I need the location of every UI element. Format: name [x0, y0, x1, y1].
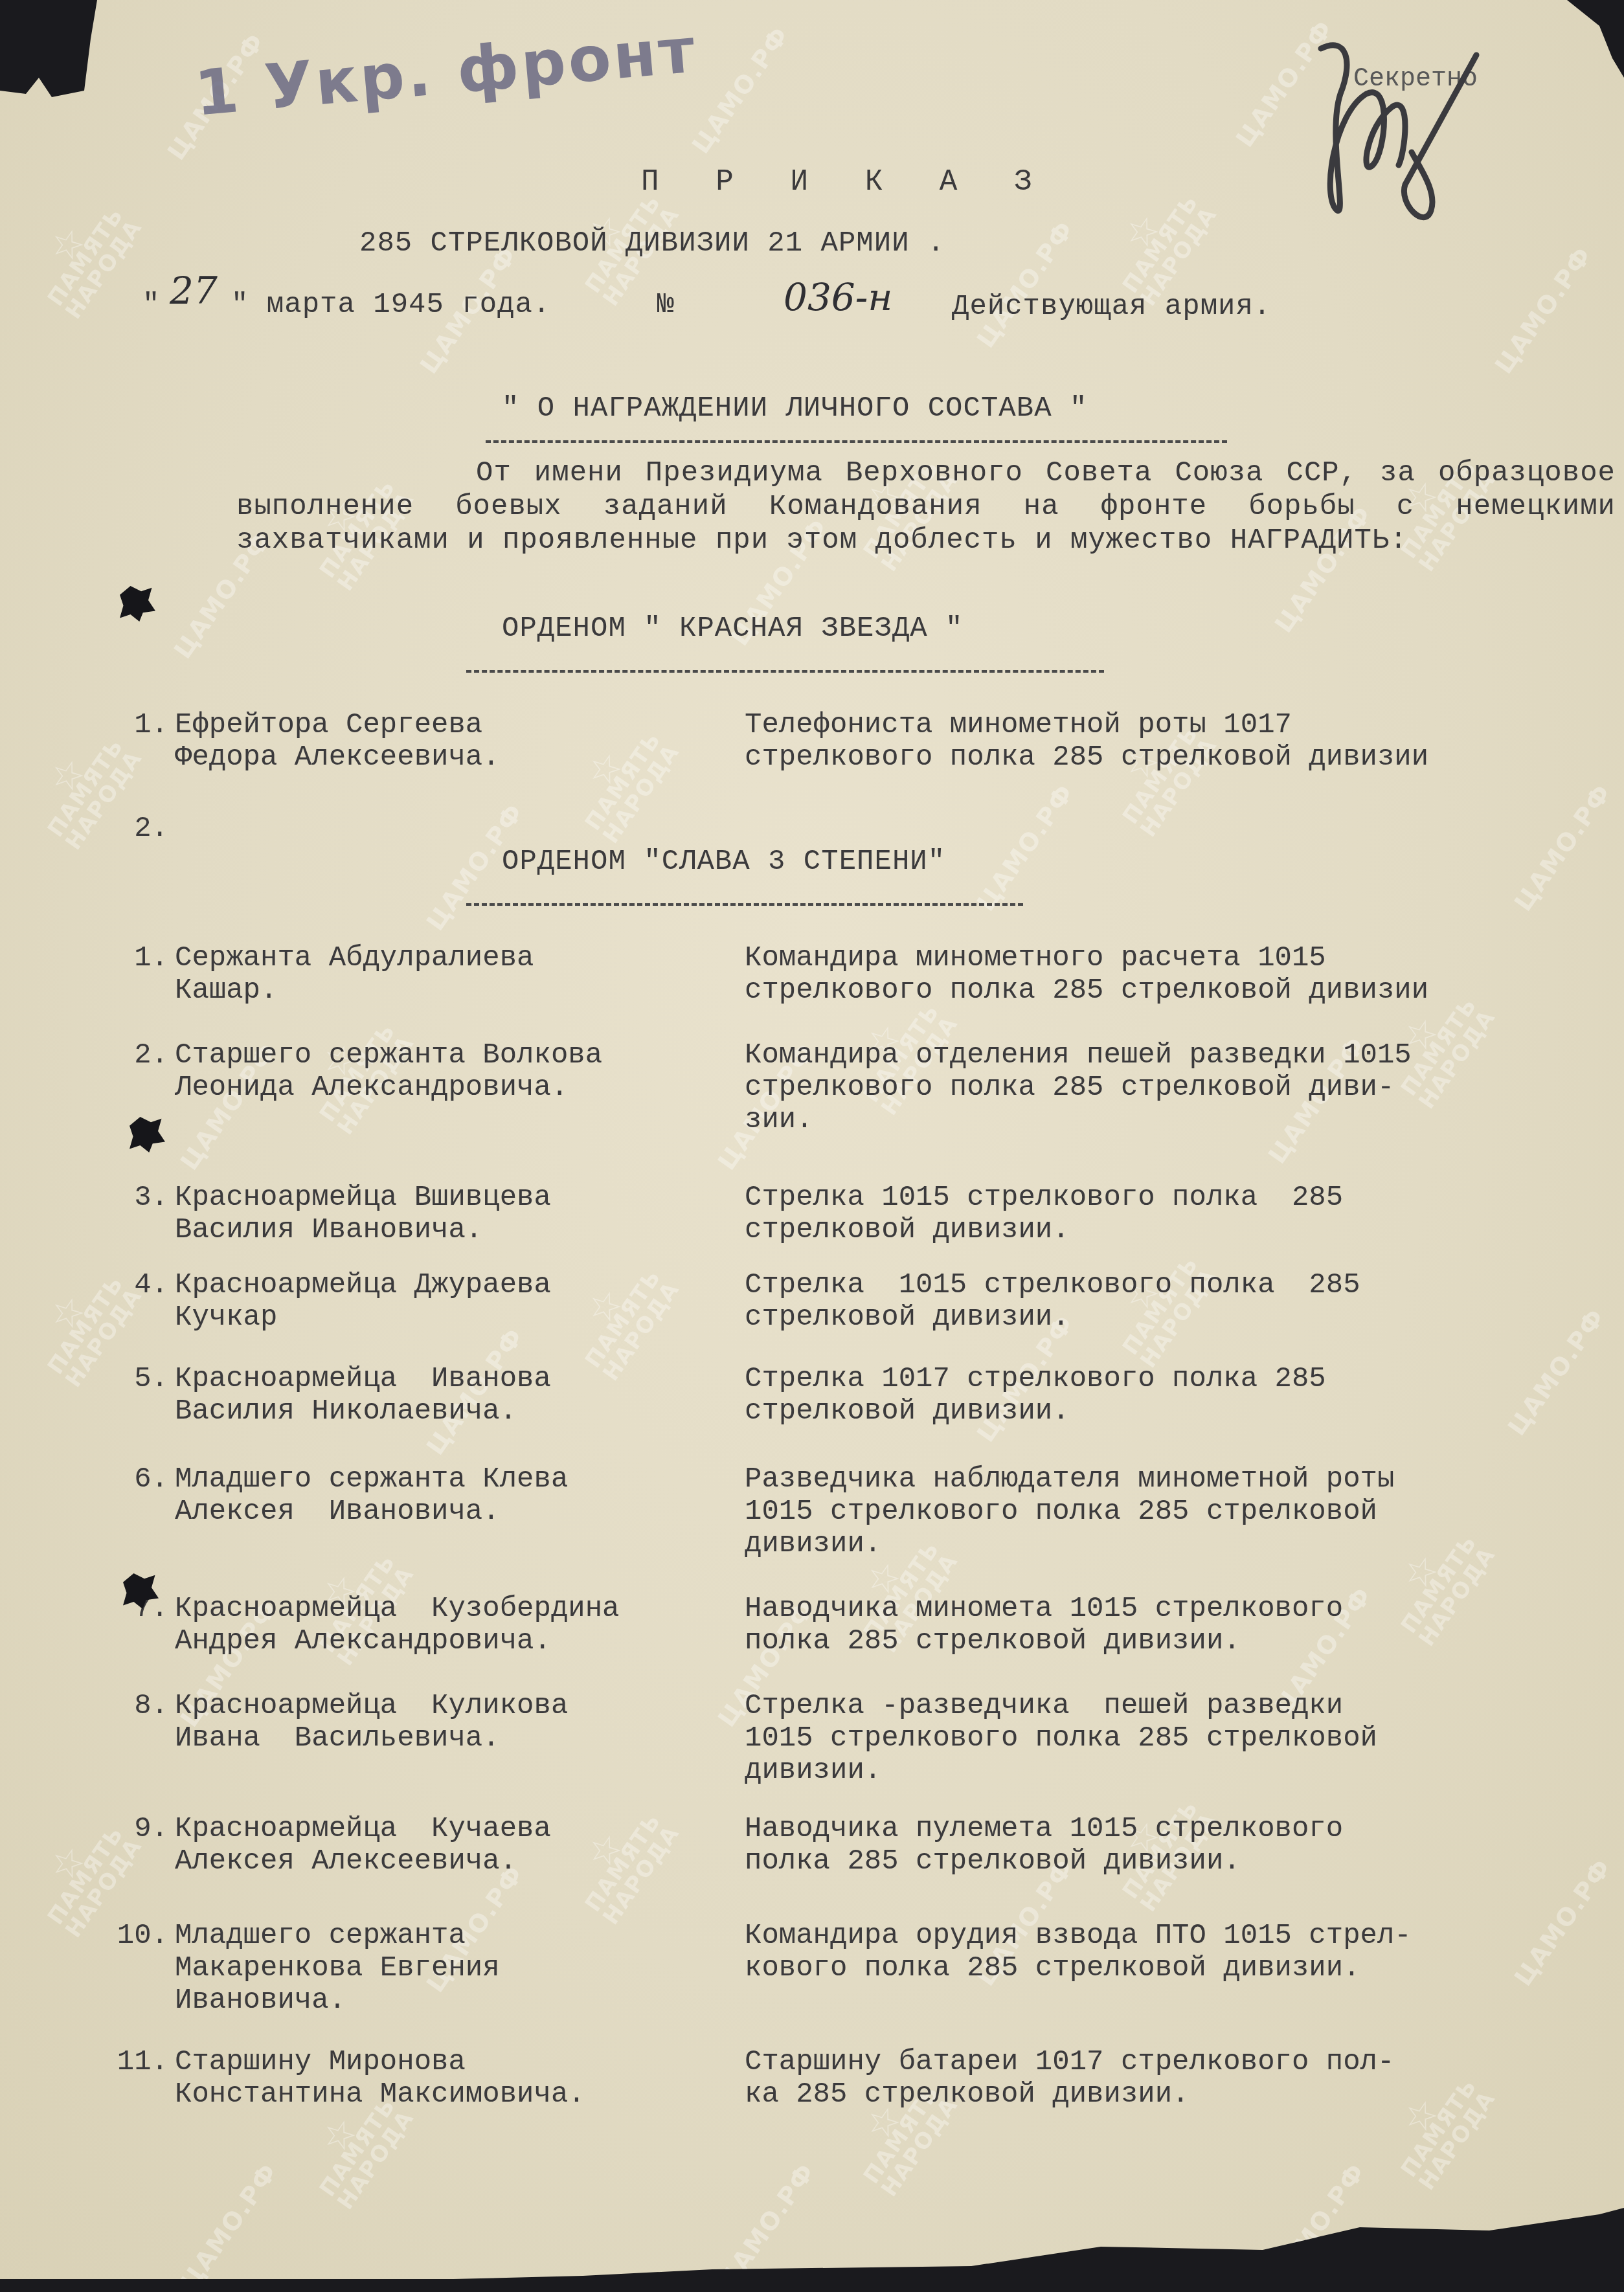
- order-no-label: №: [657, 289, 675, 321]
- item-number: 4.: [110, 1269, 168, 1301]
- section-underline: [466, 670, 1104, 675]
- archive-watermark: ЦАМО.РФ: [1509, 779, 1617, 917]
- order-number-handwritten: 036-н: [784, 275, 893, 319]
- item-number: 10.: [110, 1920, 168, 1952]
- item-number: 3.: [110, 1182, 168, 1214]
- document-page: ЦАМО.РФЦАМО.РФЦАМО.РФЦАМО.РФЦАМО.РФЦАМО.…: [0, 0, 1624, 2292]
- item-number: 2.: [110, 813, 168, 845]
- recipient-name: Красноармейца Кузобердина Андрея Алексан…: [175, 1593, 732, 1657]
- star-icon: ☆: [26, 1810, 109, 1916]
- recipient-name: Красноармейца Куликова Ивана Васильевича…: [175, 1690, 732, 1755]
- punch-hole-icon: [120, 586, 155, 622]
- front-stamp: 1 Укр. фронт: [192, 14, 701, 129]
- document-title: П Р И К А З: [641, 165, 1052, 199]
- recipient-name: Красноармейца Иванова Василия Николаевич…: [175, 1363, 732, 1428]
- archive-watermark: ЦАМО.РФ: [1489, 242, 1597, 379]
- recipient-position: Стрелка -разведчика пешей разведки 1015 …: [745, 1690, 1535, 1787]
- topic-heading: " О НАГРАЖДЕНИИ ЛИЧНОГО СОСТАВА ": [502, 392, 1087, 425]
- memory-watermark: ☆ПАМЯТЬНАРОДА: [26, 191, 146, 323]
- punch-hole-icon: [130, 1117, 165, 1152]
- recipient-position: Стрелка 1017 стрелкового полка 285 стрел…: [745, 1363, 1535, 1428]
- recipient-position: Наводчика пулемета 1015 стрелкового полк…: [745, 1813, 1535, 1878]
- item-number: 8.: [110, 1690, 168, 1722]
- recipient-position: Старшину батареи 1017 стрелкового пол- к…: [745, 2046, 1535, 2111]
- archive-watermark: ЦАМО.РФ: [175, 2158, 283, 2292]
- star-icon: ☆: [26, 1259, 109, 1366]
- preamble-text: От имени Президиума Верховного Совета Со…: [236, 457, 1616, 557]
- recipient-name: Старшину Миронова Константина Максимович…: [175, 2046, 732, 2111]
- date-rest: " марта 1945 года.: [231, 289, 550, 321]
- recipient-position: Стрелка 1015 стрелкового полка 285 стрел…: [745, 1182, 1535, 1246]
- item-number: 11.: [110, 2046, 168, 2078]
- recipient-name: Сержанта Абдулралиева Кашар.: [175, 942, 732, 1007]
- star-icon: ☆: [26, 722, 109, 829]
- date-line: " " марта 1945 года. №: [142, 288, 675, 322]
- recipient-name: Младшего сержанта Макаренкова Евгения Ив…: [175, 1920, 732, 2017]
- watermark-line: ПАМЯТЬ: [44, 203, 128, 310]
- recipient-name: Ефрейтора Сергеева Федора Алексеевича.: [175, 709, 732, 774]
- recipient-position: Стрелка 1015 стрелкового полка 285 стрел…: [745, 1269, 1535, 1334]
- topic-underline: [486, 440, 1227, 445]
- item-number: 2.: [110, 1039, 168, 1072]
- item-number: 1.: [110, 709, 168, 741]
- recipient-name: Младшего сержанта Клева Алексея Иванович…: [175, 1463, 732, 1528]
- archive-watermark: ЦАМО.РФ: [712, 2158, 820, 2292]
- section-heading: ОРДЕНОМ " КРАСНАЯ ЗВЕЗДА ": [502, 612, 964, 646]
- item-number: 1.: [110, 942, 168, 974]
- signature-scribble: [1308, 36, 1522, 230]
- recipient-position: Командира минометного расчета 1015 стрел…: [745, 942, 1535, 1007]
- archive-watermark: ЦАМО.РФ: [686, 21, 795, 159]
- item-number: 5.: [110, 1363, 168, 1395]
- location-line: Действующая армия.: [952, 290, 1271, 324]
- unit-subtitle: 285 СТРЕЛКОВОЙ ДИВИЗИИ 21 АРМИИ .: [359, 227, 945, 260]
- archive-watermark: ЦАМО.РФ: [971, 779, 1079, 917]
- date-day-handwritten: 27: [170, 269, 218, 313]
- star-icon: ☆: [26, 191, 109, 298]
- recipient-position: Наводчика миномета 1015 стрелкового полк…: [745, 1593, 1535, 1657]
- recipient-name: Красноармейца Вшивцева Василия Ивановича…: [175, 1182, 732, 1246]
- recipient-position: Командира орудия взвода ПТО 1015 стрел- …: [745, 1920, 1535, 1984]
- watermark-line: НАРОДА: [334, 2107, 418, 2214]
- recipient-name: Красноармейца Кучаева Алексея Алексеевич…: [175, 1813, 732, 1878]
- section-heading: ОРДЕНОМ "СЛАВА 3 СТЕПЕНИ": [502, 845, 945, 879]
- section-underline: [466, 903, 1023, 908]
- recipient-position: Командира отделения пешей разведки 1015 …: [745, 1039, 1535, 1136]
- recipient-position: Разведчика наблюдателя минометной роты 1…: [745, 1463, 1535, 1560]
- archive-watermark: ЦАМО.РФ: [1263, 2158, 1371, 2292]
- watermark-line: ПАМЯТЬ: [1119, 190, 1202, 297]
- archive-watermark: ЦАМО.РФ: [971, 216, 1079, 354]
- recipient-name: Красноармейца Джураева Кучкар: [175, 1269, 732, 1334]
- watermark-line: НАРОДА: [62, 216, 146, 323]
- recipient-position: Телефониста минометной роты 1017 стрелко…: [745, 709, 1535, 774]
- preamble: От имени Президиума Верховного Совета Со…: [236, 456, 1616, 557]
- item-number: 9.: [110, 1813, 168, 1845]
- date-open-quote: ": [142, 289, 160, 321]
- recipient-name: Старшего сержанта Волкова Леонида Алекса…: [175, 1039, 732, 1104]
- star-icon: ☆: [1101, 178, 1184, 285]
- item-number: 6.: [110, 1463, 168, 1496]
